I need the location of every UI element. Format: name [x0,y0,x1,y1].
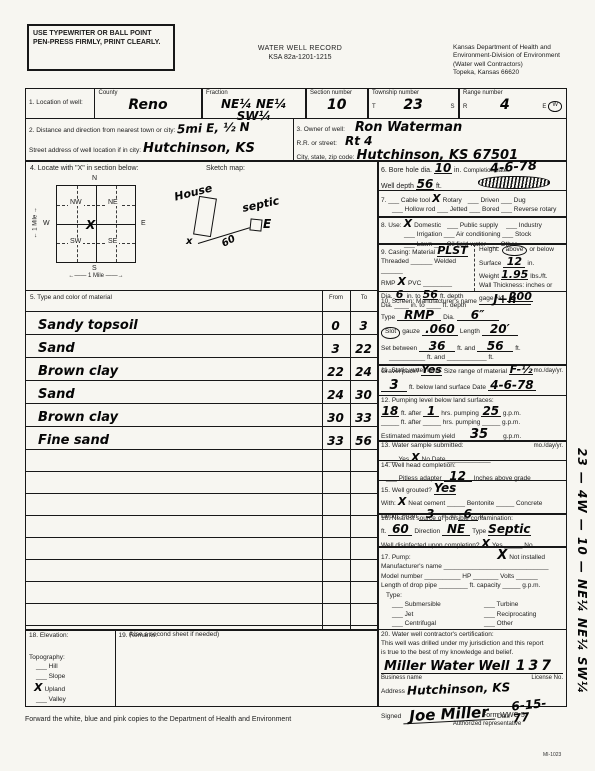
length-label: Length [460,328,480,336]
material-from: 33 [322,435,349,447]
pumping-level-value: 18 [381,406,399,417]
drop-pipe-label: Length of drop pipe ________ ft. capacit… [381,582,540,590]
section5-table: 5. Type and color of material From To Sa… [25,290,379,631]
rotary-label: Rotary [443,197,462,205]
mile-horizontal-label: ←—— 1 Mile ——→ [56,273,136,281]
remarks-label: 19. Remarks: [119,632,158,640]
section11-cell: 11. Static water level: mo./day/yr. 3 ft… [377,364,567,396]
contamination-ft-value: 60 [388,524,412,535]
static-level-label: 11. Static water level: [381,367,442,375]
grid-dash-v1 [77,186,78,262]
not-installed-label: Not installed [509,554,545,562]
mile-vertical-label: ← 1 Mile → [32,183,40,263]
instruction-box: USE TYPEWRITER OR BALL POINT PEN-PRESS F… [27,24,175,71]
material-name: Sand [38,388,75,401]
material-row-empty [26,450,378,472]
gauze-label: gauze [402,328,420,336]
section-number-cell: Section number 10 [305,88,369,119]
section-number-value: 10 [306,98,368,112]
rr-label: R.R. or street: [297,140,337,148]
use-label: 8. Use: [381,222,402,230]
drill-method-label: 7. ___ Cable tool [381,197,430,205]
centrifugal-label: ___ Centrifugal [392,620,482,628]
surface-value: 12 [503,257,525,267]
agency-line4: Topeka, Kansas 66620 [453,69,581,77]
section18-cell: 18. Elevation: Topography: ___ Hill ___ … [25,629,116,707]
pumping-hours-value: 1 [423,406,439,417]
rmp-label: RMP [381,280,395,288]
margin-handwriting: 23 — 4W — 10 — NE¼ NE¼ SW¼ [576,448,588,726]
print-code: MI-1023 [543,752,561,758]
screen-type-value: RMP [397,310,441,321]
range-cell: Range number R 4 E W [458,88,567,119]
pump-mfr-label: Manufacturer's name ____________________… [381,563,549,571]
owner-value: Ron Waterman [355,121,462,134]
sample-date-format: mo./day/yr. [534,443,563,451]
license-number-value: 137 [516,659,554,673]
range-label: Range number [459,89,566,98]
section2-cell: 2. Distance and direction from nearest t… [25,118,294,162]
domestic-x-mark: X [404,218,412,229]
pump-label: 17. Pump: [381,554,411,562]
weight-value: 1.95 [501,270,528,280]
threaded-welded-label: Threaded ______ Welded ______ [381,258,471,275]
height-label: Height: [479,246,500,254]
section19-cell: 19. Remarks: [115,629,379,707]
section4-cell: 4. Locate with "X" in section below: Ske… [25,160,379,291]
material-label: 5. Type and color of material [30,294,112,302]
street-label: Street address of well location if in ci… [29,147,141,155]
material-row-empty [26,560,378,582]
certification-text1: This well was drilled under my jurisdict… [381,640,544,648]
elevation-label: 18. Elevation: [29,632,68,640]
business-name-label: Business name [381,675,422,683]
material-name: Brown clay [38,365,118,378]
type-label: Type [472,528,486,536]
material-row-empty [26,582,378,604]
static-level-unit: ft. below land surface Date [409,384,486,392]
grout-with-label: With: [381,500,396,508]
grouted-label: 15. Well grouted? [381,487,432,495]
pump-type-label: Type: [386,592,402,600]
casing-divider [474,244,475,291]
screen-dia-label: Dia. [443,314,455,322]
slot-label-circled: Slot [381,327,400,338]
sketch-label: Sketch map: [206,164,245,173]
rmp-x-mark: X [397,276,405,287]
section6-cell: 6. Bore hole dia. 10 in. Completion date… [377,160,567,191]
bore-dia-label: 6. Bore hole dia. [381,166,432,175]
material-from: 30 [322,412,349,424]
casing-material-value: PLST [437,245,468,257]
not-installed-x-mark: X [497,549,507,562]
contamination-ft-label: ft. [381,528,386,536]
hill-option: ___ Hill [36,663,58,671]
neat-cement-x-mark: X [398,496,406,507]
well-depth-value: 56 [416,179,434,190]
township-cell: Township number T 23 S [367,88,460,119]
water-well-record-form: USE TYPEWRITER OR BALL POINT PEN-PRESS F… [0,0,595,771]
certification-text2: is true to the best of my knowledge and … [381,649,513,657]
county-cell: County Reno [94,88,203,119]
material-name: Sandy topsoil [38,319,138,332]
surface-label: Surface [479,260,501,268]
submersible-label: ___ Submersible [392,601,482,609]
section3-cell: 3. Owner of well: Ron Waterman R.R. or s… [293,118,568,162]
grouted-value: Yes [434,482,456,495]
reciprocating-label: ___ Reciprocating [484,611,536,619]
surface-unit: in. [527,260,534,268]
hrs-pumping-label: hrs. pumping [441,410,479,418]
sketch-e-mark: E [263,218,271,230]
upland-option: Upland [44,686,65,694]
form-title-line2: KSA 82a-1201-1215 [212,53,388,62]
static-level-value: 3 [381,380,407,392]
section9-cell: 9. Casing: Material PLST Threaded ______… [377,243,567,292]
public-supply-label: ___ Public supply [447,222,498,230]
material-to: 3 [350,320,377,332]
material-row-empty [26,604,378,626]
section8-cell: 8. Use: X Domestic ___ Public supply ___… [377,216,567,245]
form-title: WATER WELL RECORD KSA 82a-1201-1215 [212,44,388,62]
township-value: 23 [376,98,451,112]
address-label: Address [381,688,405,696]
material-row: Sand 24 30 [26,381,378,404]
set-between-and-label: ft. and [457,345,475,353]
grid-sw-label: SW [68,238,83,245]
sketch-septic-square [249,218,262,231]
material-to: 22 [350,343,377,355]
distance-value: 5mi E, ½ N [177,120,250,135]
weight-unit: lbs./ft. [530,273,547,281]
grid-center-horizontal [57,224,135,225]
direction-label: Direction [414,528,440,536]
screen-mfr-value: J+h [479,294,531,305]
other-pump-label: ___ Other [484,620,513,628]
grid-east-label: E [141,219,146,228]
fraction-cell: Fraction NE¼ NE¼ SW¼ [201,88,307,119]
well-location-x-mark: X [86,219,95,231]
grid-se-label: SE [106,238,119,245]
distance-label: 2. Distance and direction from nearest t… [29,127,175,135]
scribbled-out-entry [478,176,550,189]
section7-cell: 7. ___ Cable tool X Rotary ___ Driven __… [377,190,567,218]
material-from: 0 [322,320,349,332]
owner-label: 3. Owner of well: [297,126,345,134]
length-value: 20′ [482,324,518,335]
material-row-empty [26,516,378,538]
well-head-label: 14. Well head completion: [381,462,456,470]
instruction-text: USE TYPEWRITER OR BALL POINT PEN-PRESS F… [29,26,173,50]
height-below-label: or below [529,246,554,254]
water-sample-label: 13. Water sample submitted: [381,442,464,450]
bore-dia-value: 10 [434,163,452,174]
topography-label: Topography: [29,654,65,662]
static-date-value: 4-6-78 [488,380,536,391]
township-suffix: S [450,104,454,112]
form-title-line1: WATER WELL RECORD [212,44,388,53]
section14-cell: 14. Well head completion: ___ Pitless ad… [377,460,567,482]
material-row-empty [26,538,378,560]
sketch-septic-label: septic [241,195,280,214]
county-value: Reno [95,98,202,112]
jet-label: ___ Jet [392,611,482,619]
gpm-label: g.p.m. [503,410,521,418]
contamination-type-value: Septic [488,524,530,535]
grid-west-label: W [43,219,50,228]
section1-cell: 1. Location of well: [25,88,95,119]
grid-ne-label: NE [106,199,120,206]
static-date-format: mo./day/yr. [534,368,563,376]
material-name: Brown clay [38,411,118,424]
sketch-house-rect [193,196,217,237]
weight-label: Weight [479,273,499,281]
form-number: Form WWC-5 [482,711,525,720]
after-label: ft. after [401,410,421,418]
completion-date-value: 4-6-78 [490,159,538,175]
sketch-well-x: x [186,237,192,247]
section17-cell: 17. Pump: X Not installed Manufacturer's… [377,546,567,630]
range-value: 4 [467,98,542,112]
set-between-line2: __________ ft. and ___________ ft. [381,354,494,362]
casing-material-label: 9. Casing: Material [381,249,435,257]
from-header: From [322,295,350,303]
use-line2: ___ Irrigation ___ Air conditioning ___ … [404,231,531,239]
street-value: Hutchinson, KS [143,142,255,155]
section20-cell: 20. Water well contractor's certificatio… [377,629,567,707]
material-to: 24 [350,366,377,378]
turbine-label: ___ Turbine [484,601,518,609]
industry-label: ___ Industry [506,222,542,230]
material-header-row: 5. Type and color of material From To [26,291,378,312]
material-name: Sand [38,342,75,355]
material-row: Sandy topsoil 0 3 [26,312,378,335]
material-row-empty [26,472,378,494]
grid-north-label: N [92,174,97,183]
material-to: 56 [350,435,377,447]
section13-cell: 13. Water sample submitted: mo./day/yr. … [377,440,567,461]
material-from: 24 [322,389,349,401]
pumping-gpm-value: 25 [481,406,501,417]
locate-label: 4. Locate with "X" in section below: [30,164,138,173]
range-west-circled: W [548,101,562,112]
drill-method-line2: ___ Hollow rod ___ Jetted ___ Bored ___ … [392,206,556,214]
section16-cell: 16. Nearest source of possible contamina… [377,513,567,548]
grid-south-label: S [92,264,97,273]
material-name: Fine sand [38,434,109,447]
footer-forward-note: Forward the white, blue and pink copies … [25,715,291,724]
agency-line1: Kansas Department of Health and [453,44,581,52]
material-to: 33 [350,412,377,424]
section1-label: 1. Location of well: [26,89,94,107]
set-between-value1: 36 [419,341,455,352]
slot-value: .060 [422,324,458,335]
slope-option: ___ Slope [36,673,65,681]
agency-block: Kansas Department of Health and Environm… [453,44,581,78]
set-between-label: Set between [381,345,417,353]
business-name-value: Miller Water Well [384,660,510,673]
domestic-label: Domestic [414,222,441,230]
driven-dug-labels: ___ Driven ___ Dug [468,197,526,205]
material-row: Sand 3 22 [26,335,378,358]
material-row: Brown clay 30 33 [26,404,378,427]
upland-x-mark: X [34,682,42,693]
section-grid: NW NE SW SE X [56,185,136,263]
address-value: Hutchinson, KS [407,682,511,698]
material-row: Fine sand 33 56 [26,427,378,450]
rotary-x-mark: X [432,193,440,204]
agency-line2: Environment-Division of Environment [453,52,581,60]
grid-dash-v2 [116,186,117,262]
screen-dia-value: 6″ [457,310,499,321]
valley-option: ___ Valley [36,696,66,704]
material-row-empty [26,494,378,516]
section12-cell: 12. Pumping level below land surfaces: 1… [377,395,567,442]
bore-dia-unit: in. [454,166,461,175]
material-to: 30 [350,389,377,401]
sketch-distance-value: 60 [220,234,237,249]
to-header: To [350,295,378,303]
set-between-value2: 56 [477,341,513,352]
set-between-unit: ft. [515,345,520,353]
certification-label: 20. Water well contractor's certificatio… [381,631,494,639]
section10-cell: 10. Screen: Manufacturer's name J+h Type… [377,291,567,366]
rr-value: Rt 4 [345,135,373,147]
pumping-line2: _____ ft. after _____ hrs. pumping _____… [381,419,520,427]
material-from: 3 [322,343,349,355]
direction-value: NE [442,524,470,535]
pump-model-label: Model number __________ HP _______ Volts… [381,573,538,581]
screen-type-label: Type [381,314,395,322]
material-from: 22 [322,366,349,378]
agency-line3: (Water well Contractors) [453,61,581,69]
signed-label: Signed [381,713,401,721]
section15-cell: 15. Well grouted? Yes With: X Neat cemen… [377,480,567,515]
license-number-label: License No. [531,675,563,683]
range-east: E [542,104,546,112]
material-row: Brown clay 22 24 [26,358,378,381]
grid-nw-label: NW [68,199,84,206]
screen-mfr-label: 10. Screen: Manufacturer's name [381,298,477,306]
